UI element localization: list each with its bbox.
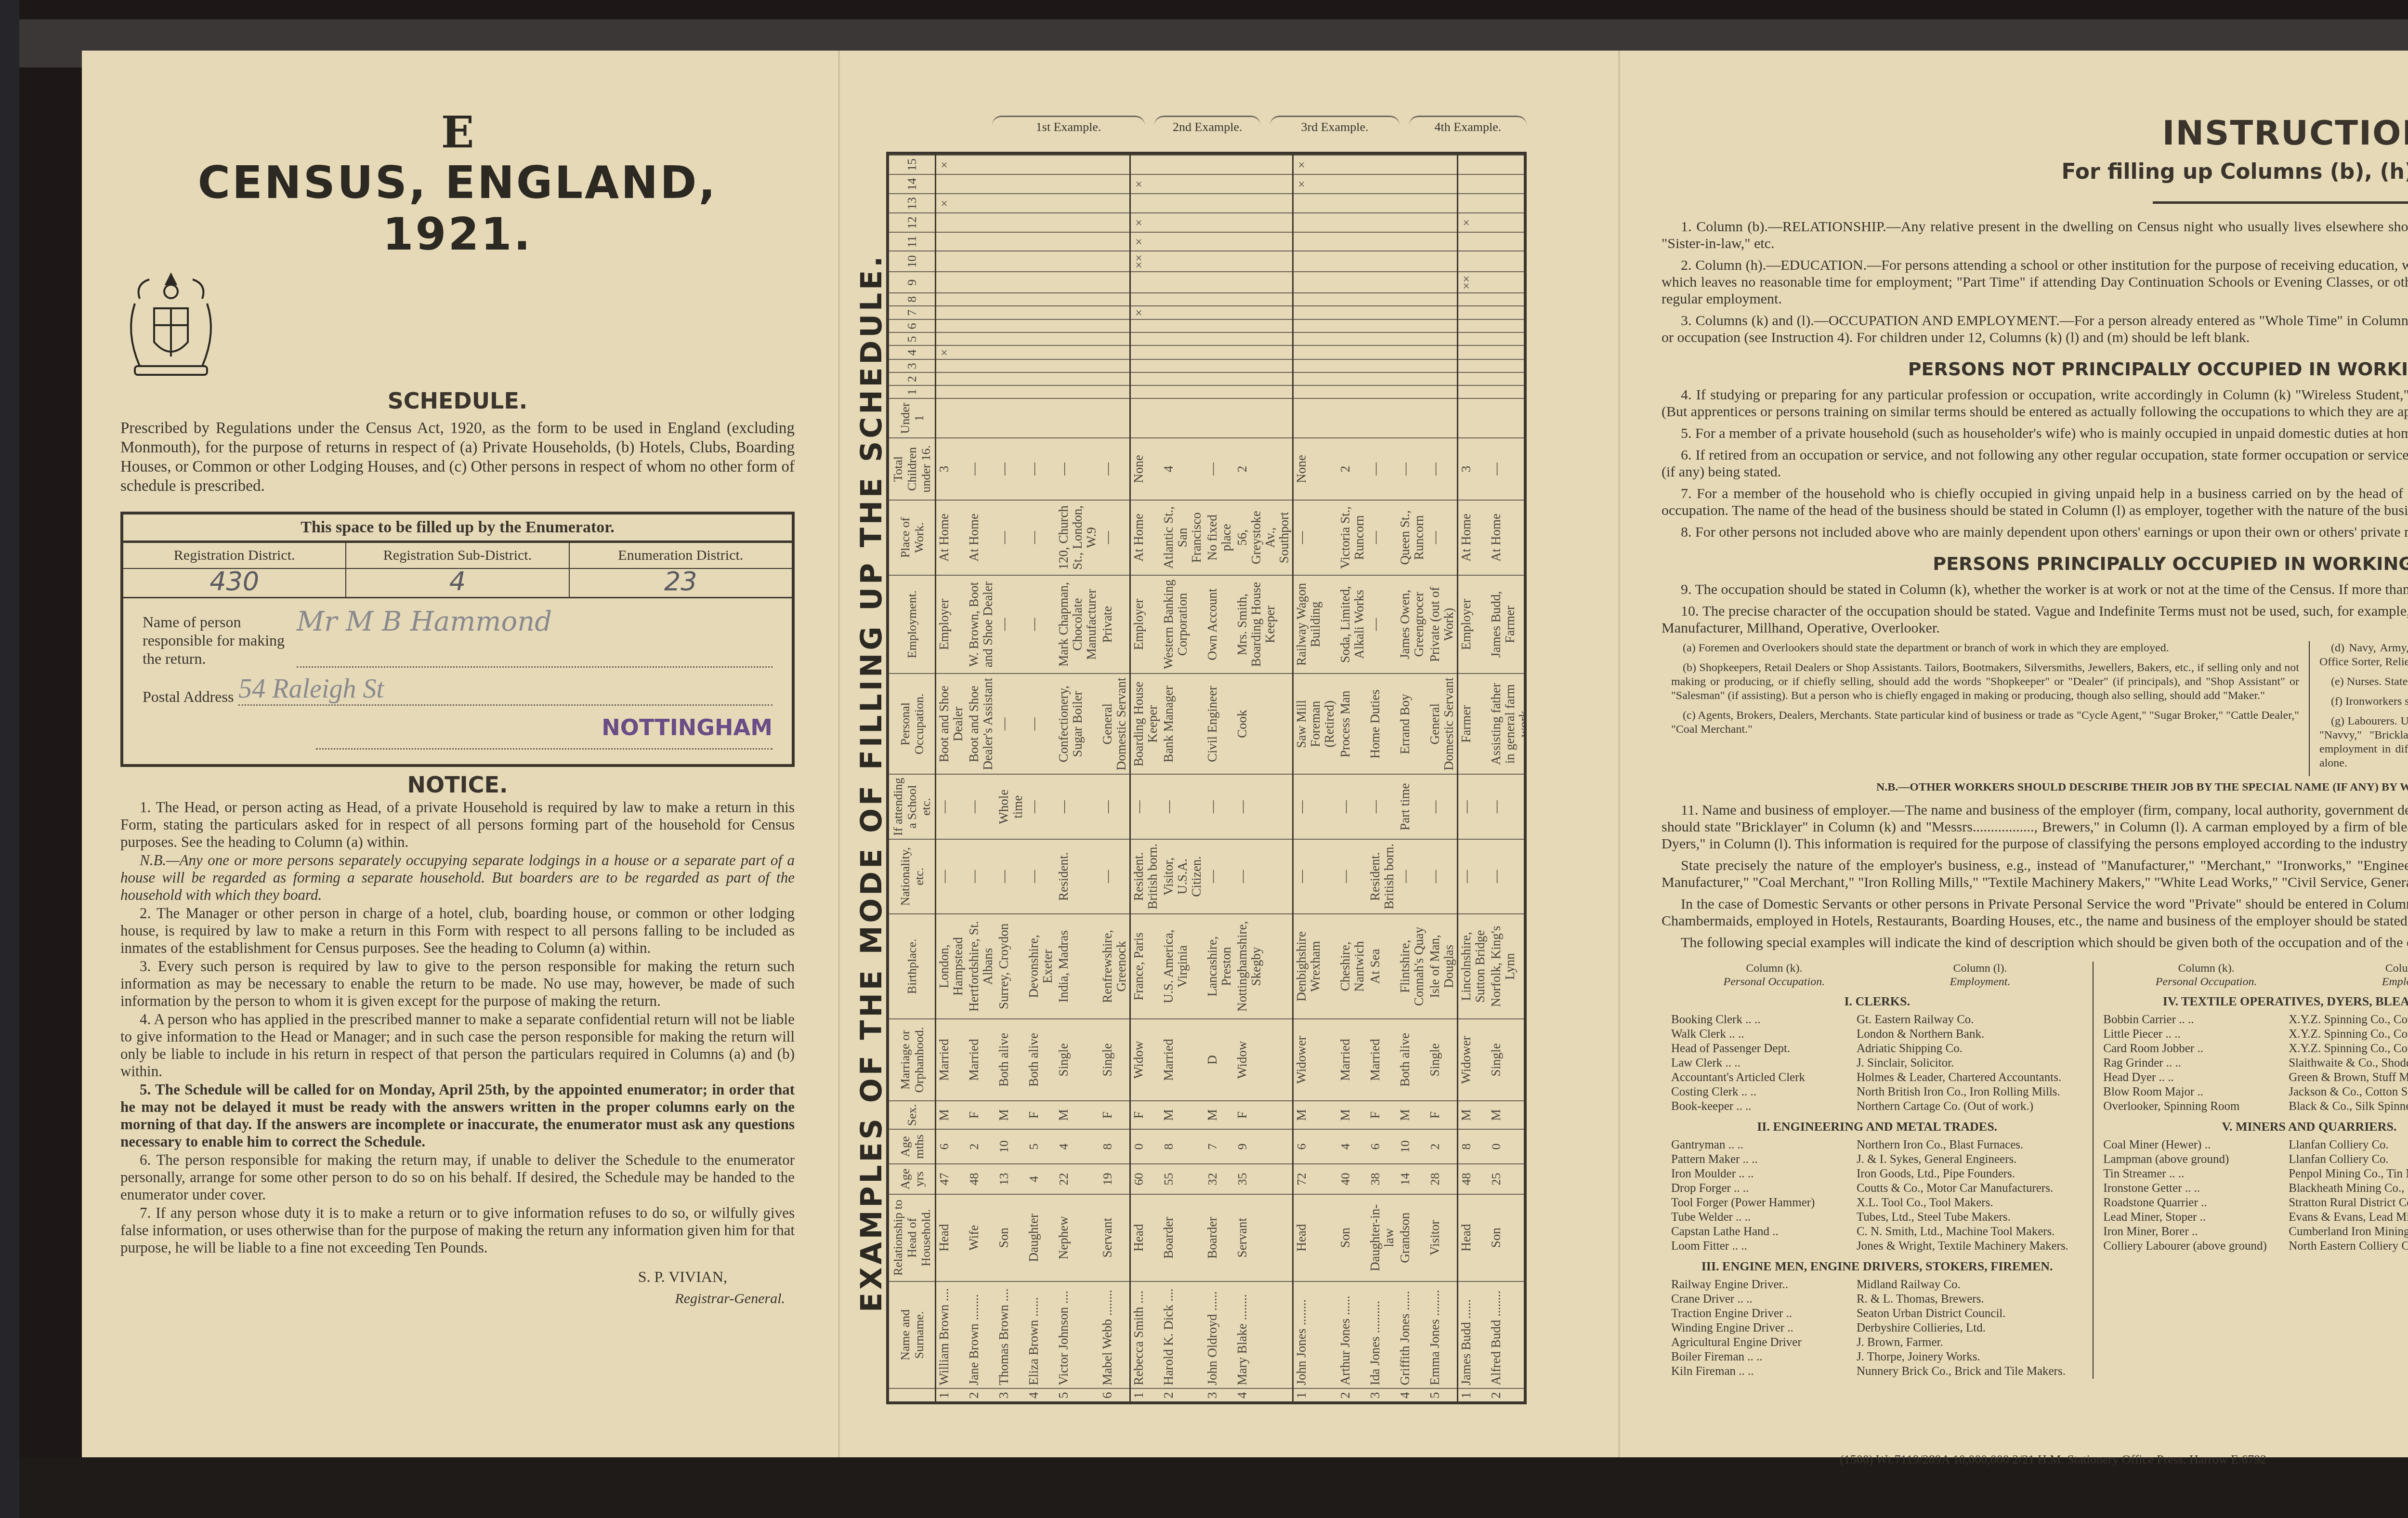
instruction-item: 2. Column (h).—EDUCATION.—For persons at… (1662, 257, 2408, 307)
employer: Gt. Eastern Railway Co. (1857, 1013, 2083, 1027)
notice-item: 2. The Manager or other person in charge… (120, 905, 795, 957)
employer: Iron Goods, Ltd., Pipe Founders. (1857, 1167, 2083, 1181)
occupation: Rag Grinder .. .. (2103, 1056, 2289, 1070)
occupation: Boiler Fireman .. .. (1671, 1350, 1857, 1364)
child-age-mark (1204, 194, 1234, 213)
child-age-mark (996, 174, 1026, 194)
enumeration-district-field[interactable]: Enumeration District. 23 (570, 543, 792, 597)
child-age-mark (1204, 346, 1234, 360)
intro-instructions: 1. Column (b).—RELATIONSHIP.—Any relativ… (1662, 218, 2408, 346)
column-header: Relationship to Head of Household. (889, 1194, 936, 1281)
occupation: Crane Driver .. .. (1671, 1292, 1857, 1307)
signature-title: Registrar-General. (120, 1291, 785, 1307)
column-header-child-age: 12 (889, 213, 936, 232)
table-cell: Devonshire, Exeter (1026, 914, 1056, 1019)
example-row: Lead Miner, Stoper ..Evans & Evans, Lead… (2103, 1210, 2408, 1225)
column-header-child-age: 1 (889, 385, 936, 398)
child-age-mark (1161, 213, 1204, 232)
table-cell: At Home (966, 500, 996, 575)
scan-edge (0, 0, 19, 1518)
table-cell: Boarder (1204, 1194, 1234, 1281)
table-cell: — (1488, 438, 1527, 500)
table-cell: 0 (1130, 1129, 1161, 1164)
table-row: 1William Brown ....Head476MMarriedLondon… (936, 155, 967, 1401)
column-header-child-age: 11 (889, 232, 936, 251)
example-row: Roadstone Quarrier ..Stratton Rural Dist… (2103, 1196, 2408, 1210)
table-cell: 2 (966, 1389, 996, 1402)
table-cell: Railway Wagon Building (1293, 575, 1338, 673)
table-cell: Single (1099, 1019, 1130, 1100)
employer: Seaton Urban District Council. (1857, 1307, 2083, 1321)
child-age-mark (1337, 213, 1367, 232)
child-age-mark (1427, 346, 1458, 360)
occupation: Law Clerk .. .. (1671, 1056, 1857, 1070)
child-age-mark (1026, 320, 1056, 333)
occupation: Traction Engine Driver .. (1671, 1307, 1857, 1321)
table-cell: General Domestic Servant (1099, 673, 1130, 774)
table-cell: F (1367, 1101, 1397, 1130)
child-age-mark (1293, 372, 1338, 385)
table-cell: — (1204, 774, 1234, 839)
table-cell: None (1130, 438, 1161, 500)
child-age-mark (1099, 174, 1130, 194)
notice-list: 1. The Head, or person acting as Head, o… (120, 799, 795, 1256)
example-label: 2nd Example. (1154, 116, 1260, 134)
child-age-mark (1026, 155, 1056, 174)
column-header: Personal Occupation. (889, 673, 936, 774)
employer: Stratton Rural District Council. (2289, 1196, 2408, 1210)
child-age-mark (1488, 232, 1527, 251)
child-age-mark (1397, 293, 1427, 306)
subnotes-left: (a) Foremen and Overlookers should state… (1662, 641, 2309, 776)
child-age-mark (1427, 194, 1458, 213)
notice-item: 6. The person responsible for making the… (120, 1151, 795, 1203)
notice-item: 5. The Schedule will be called for on Mo… (120, 1081, 795, 1150)
table-cell: Single (1056, 1019, 1099, 1100)
child-age-mark (936, 398, 967, 438)
table-cell: 1 (1293, 1389, 1338, 1402)
table-cell: 9 (1234, 1129, 1293, 1164)
example-row: Costing Clerk .. ..North British Iron Co… (1671, 1085, 2083, 1099)
column-header: Age mths (889, 1129, 936, 1164)
child-age-mark (1099, 251, 1130, 272)
table-row: 3John Oldroyd ......Boarder327MDLancashi… (1204, 155, 1234, 1401)
child-age-mark (1099, 194, 1130, 213)
occupation: Accountant's Articled Clerk (1671, 1070, 1857, 1085)
example-label: 3rd Example. (1270, 116, 1400, 134)
registration-sub-district-field[interactable]: Registration Sub-District. 4 (346, 543, 569, 597)
notice-item: 1. The Head, or person acting as Head, o… (120, 799, 795, 851)
table-cell: 6 (936, 1129, 967, 1164)
subnote: (c) Agents, Brokers, Dealers, Merchants.… (1671, 709, 2299, 737)
child-age-mark (996, 306, 1026, 320)
child-age-mark (1161, 194, 1204, 213)
child-age-mark (936, 359, 967, 372)
child-age-mark: × (1458, 213, 1489, 232)
employer: J. & I. Sykes, General Engineers. (1857, 1152, 2083, 1167)
table-cell: Soda, Limited, Alkali Works (1337, 575, 1367, 673)
child-age-mark (1056, 251, 1099, 272)
table-cell: F (1234, 1101, 1293, 1130)
category-heading: V. MINERS AND QUARRIERS. (2103, 1120, 2408, 1134)
child-age-mark (1161, 359, 1204, 372)
child-age-mark (1367, 333, 1397, 346)
table-cell: — (1204, 438, 1234, 500)
column-header-child-age: 15 (889, 155, 936, 174)
example-row: Booking Clerk .. ..Gt. Eastern Railway C… (1671, 1013, 2083, 1027)
child-age-mark (1026, 272, 1056, 293)
table-cell: Western Banking Corporation (1161, 575, 1204, 673)
special-examples: Column (k).Personal Occupation.Column (l… (1662, 962, 2408, 1379)
table-cell: — (996, 839, 1026, 914)
table-cell: M (1397, 1101, 1427, 1130)
table-cell: 3 (1367, 1389, 1397, 1402)
table-cell: — (1130, 774, 1161, 839)
child-age-mark (1099, 385, 1130, 398)
child-age-mark (1099, 320, 1130, 333)
instructions-subtitle: For filling up Columns (b), (h), (k) and… (1662, 159, 2408, 184)
example-row: Tool Forger (Power Hammer)X.L. Tool Co.,… (1671, 1196, 2083, 1210)
employer: Llanfan Colliery Co. (2289, 1138, 2408, 1152)
child-age-mark (966, 251, 996, 272)
table-cell: Single (1488, 1019, 1527, 1100)
table-cell: — (1099, 438, 1130, 500)
column-header: Place of Work. (889, 500, 936, 575)
table-cell: — (1293, 839, 1338, 914)
child-age-mark (966, 232, 996, 251)
table-cell: M (1337, 1101, 1367, 1130)
occupation: Tube Welder .. .. (1671, 1210, 1857, 1225)
occupation: Little Piecer .. .. (2103, 1027, 2289, 1042)
child-age-mark (1397, 346, 1427, 360)
table-row: 6Mabel Webb ........Servant198FSingleRen… (1099, 155, 1130, 1401)
table-cell: — (1056, 438, 1099, 500)
child-age-mark (1234, 346, 1293, 360)
example-row: Winding Engine Driver ..Derbyshire Colli… (1671, 1321, 2083, 1335)
child-age-mark (1130, 194, 1161, 213)
child-age-mark (1427, 174, 1458, 194)
column-header-child-age: 7 (889, 306, 936, 320)
table-cell: Visitor (1427, 1194, 1458, 1281)
table-cell: 72 (1293, 1164, 1338, 1194)
table-cell: F (966, 1101, 996, 1130)
child-age-mark (996, 194, 1026, 213)
subnote: (e) Nurses. State whether "Nurse (Domest… (2319, 675, 2408, 689)
table-cell: 8 (1099, 1129, 1130, 1164)
child-age-mark (1427, 251, 1458, 272)
child-age-mark (1458, 232, 1489, 251)
child-age-mark (1427, 372, 1458, 385)
occupation: Pattern Maker .. .. (1671, 1152, 1857, 1167)
child-age-mark (1026, 306, 1056, 320)
subnote: (b) Shopkeepers, Retail Dealers or Shop … (1671, 661, 2299, 703)
child-age-mark (1234, 385, 1293, 398)
child-age-mark: × (936, 194, 967, 213)
child-age-mark (1099, 232, 1130, 251)
child-age-mark (1488, 359, 1527, 372)
table-cell: 14 (1397, 1164, 1427, 1194)
table-cell: Resident. British born. (1130, 839, 1161, 914)
child-age-mark (1234, 232, 1293, 251)
child-age-mark (1204, 398, 1234, 438)
table-cell: India, Madras (1056, 914, 1099, 1019)
table-cell: Single (1427, 1019, 1458, 1100)
table-cell: — (1026, 839, 1056, 914)
responsible-person-field[interactable]: Name of person responsible for making th… (123, 598, 792, 668)
child-age-mark (1234, 272, 1293, 293)
child-age-mark (1056, 398, 1099, 438)
table-cell: Employer (1130, 575, 1161, 673)
table-cell: Queen St., Runcorn (1397, 500, 1427, 575)
child-age-mark (1367, 232, 1397, 251)
employer: Jones & Wright, Textile Machinery Makers… (1857, 1239, 2083, 1254)
child-age-mark (996, 346, 1026, 360)
table-cell: Mary Blake ........ (1234, 1281, 1293, 1389)
section-heading-occupied: PERSONS PRINCIPALLY OCCUPIED IN WORKING … (1662, 553, 2408, 574)
child-age-mark (1293, 251, 1338, 272)
child-age-mark (1367, 272, 1397, 293)
column-header-row-number (889, 1389, 936, 1402)
child-age-mark (1337, 346, 1367, 360)
child-age-mark (1488, 251, 1527, 272)
child-age-mark (1026, 359, 1056, 372)
child-age-mark (1161, 333, 1204, 346)
table-cell: John Oldroyd ...... (1204, 1281, 1234, 1389)
child-age-mark (1161, 293, 1204, 306)
table-cell: 4 (1234, 1389, 1293, 1402)
child-age-mark (1130, 372, 1161, 385)
table-cell: 32 (1204, 1164, 1234, 1194)
employer: Black & Co., Silk Spinners. (2289, 1099, 2408, 1114)
employer: Nunnery Brick Co., Brick and Tile Makers… (1857, 1364, 2083, 1379)
address-dotted-line (316, 743, 772, 750)
child-age-mark (1161, 272, 1204, 293)
child-age-mark (1488, 293, 1527, 306)
column-header-child-age: 10 (889, 251, 936, 272)
child-age-mark: × (1130, 213, 1161, 232)
child-age-mark (1204, 333, 1234, 346)
signature-name: S. P. VIVIAN, (120, 1268, 727, 1286)
child-age-mark (1056, 174, 1099, 194)
table-cell: 8 (1458, 1129, 1489, 1164)
column-header-child-age: 14 (889, 174, 936, 194)
print-footer: (1500) Wt.7119/289A 10,000,000 2/21 H.M.… (1840, 1452, 2266, 1467)
child-age-mark (1161, 174, 1204, 194)
child-age-mark (1488, 385, 1527, 398)
table-cell: — (996, 673, 1026, 774)
child-age-mark (1161, 306, 1204, 320)
child-age-mark (1427, 155, 1458, 174)
table-cell: Widower (1293, 1019, 1338, 1100)
occupation: Tin Streamer .. .. (2103, 1167, 2289, 1181)
occupation: Lampman (above ground) (2103, 1152, 2289, 1167)
employer: Coutts & Co., Motor Car Manufacturers. (1857, 1181, 2083, 1196)
table-cell: — (1367, 500, 1397, 575)
enumerator-box: This space to be filled up by the Enumer… (120, 512, 795, 767)
table-cell: — (1293, 500, 1338, 575)
child-age-mark (1367, 293, 1397, 306)
child-age-mark (966, 174, 996, 194)
child-age-mark (1026, 293, 1056, 306)
occupation: Walk Clerk .. .. (1671, 1027, 1857, 1042)
table-cell: F (1427, 1101, 1458, 1130)
child-age-mark (1488, 372, 1527, 385)
occupation: Coal Miner (Hewer) .. (2103, 1138, 2289, 1152)
table-cell: 19 (1099, 1164, 1130, 1194)
column-l-header: Column (l).Employment. (1877, 962, 2083, 989)
column-header-child-age: 5 (889, 333, 936, 346)
child-age-mark (1488, 272, 1527, 293)
page-title: CENSUS, ENGLAND, 1921. (120, 157, 795, 260)
child-age-mark (1204, 293, 1234, 306)
employer: X.L. Tool Co., Tool Makers. (1857, 1196, 2083, 1210)
occupation-subnotes: (a) Foremen and Overlookers should state… (1662, 641, 2408, 776)
table-cell: Boarder (1161, 1194, 1204, 1281)
child-age-mark (1367, 194, 1397, 213)
table-cell: Married (966, 1019, 996, 1100)
table-cell: — (1367, 438, 1397, 500)
example-row: Capstan Lathe Hand ..C. N. Smith, Ltd., … (1671, 1225, 2083, 1239)
instruction-item: 4. If studying or preparing for any part… (1662, 386, 2408, 420)
column-header: If attending a School etc. (889, 774, 936, 839)
child-age-mark (1161, 251, 1204, 272)
examples-title: EXAMPLES OF THE MODE OF FILLING UP THE S… (852, 111, 891, 1455)
table-cell: Civil Engineer (1204, 673, 1234, 774)
child-age-mark (966, 359, 996, 372)
table-cell: Griffith Jones ...... (1397, 1281, 1427, 1389)
table-cell: At Home (936, 500, 967, 575)
child-age-mark (1337, 306, 1367, 320)
table-cell: Victoria St., Runcorn (1337, 500, 1367, 575)
employer: Slaithwaite & Co., Shoddy Manufacturers. (2289, 1056, 2408, 1070)
child-age-mark (1234, 174, 1293, 194)
examples-table-rotated: Name and Surname.Relationship to Head of… (889, 155, 1524, 1401)
table-cell: Jane Brown ........ (966, 1281, 996, 1389)
child-age-mark (1367, 251, 1397, 272)
table-cell: 0 (1488, 1129, 1527, 1164)
instructions-title: INSTRUCTIONS (1662, 113, 2408, 153)
table-cell: London, Hampstead (936, 914, 967, 1019)
child-age-mark (1337, 251, 1367, 272)
child-age-mark (1427, 306, 1458, 320)
child-age-mark (1427, 213, 1458, 232)
child-age-mark (936, 213, 967, 232)
table-cell: None (1293, 438, 1338, 500)
table-cell: 4 (1056, 1129, 1099, 1164)
table-cell: — (996, 575, 1026, 673)
table-cell: Harold K. Dick .... (1161, 1281, 1204, 1389)
table-cell: — (1234, 839, 1293, 914)
child-age-mark: × (936, 155, 967, 174)
table-cell: M (1204, 1101, 1234, 1130)
instruction-item: 10. The precise character of the occupat… (1662, 603, 2408, 636)
table-cell: Victor Johnson .... (1056, 1281, 1099, 1389)
column-header-child-age: 8 (889, 293, 936, 306)
postal-address-field[interactable]: Postal Address 54 Raleigh St (123, 668, 792, 706)
child-age-mark (1161, 346, 1204, 360)
column-header: Birthplace. (889, 914, 936, 1019)
table-cell: — (1397, 839, 1427, 914)
child-age-mark (1488, 333, 1527, 346)
employer: C. N. Smith, Ltd., Machine Tool Makers. (1857, 1225, 2083, 1239)
child-age-mark (1337, 359, 1367, 372)
child-age-mark (1204, 306, 1234, 320)
table-row: 3Thomas Brown ....Son1310MBoth aliveSurr… (996, 155, 1026, 1401)
example-row: Law Clerk .. ..J. Sinclair, Solicitor. (1671, 1056, 2083, 1070)
child-age-mark: × (1130, 232, 1161, 251)
child-age-mark (1458, 333, 1489, 346)
column-header: Total Children under 16. (889, 438, 936, 500)
employer: Blackheath Mining Co., Coal & Iron Mines… (2289, 1181, 2408, 1196)
table-cell: Head (936, 1194, 967, 1281)
employer: J. Sinclair, Solicitor. (1857, 1056, 2083, 1070)
child-age-mark (1337, 194, 1367, 213)
table-cell: 4 (1397, 1389, 1427, 1402)
child-age-mark (996, 333, 1026, 346)
example-label: 4th Example. (1409, 116, 1527, 134)
registration-district-field[interactable]: Registration District. 430 (123, 543, 346, 597)
table-cell: — (966, 839, 996, 914)
examples-page: EXAMPLES OF THE MODE OF FILLING UP THE S… (857, 111, 1531, 1455)
child-age-mark (1367, 174, 1397, 194)
child-age-mark (1204, 320, 1234, 333)
table-cell: Mabel Webb ........ (1099, 1281, 1130, 1389)
table-cell: Son (996, 1194, 1026, 1281)
child-age-mark (1099, 272, 1130, 293)
table-cell: Wife (966, 1194, 996, 1281)
instruction-item: 9. The occupation should be stated in Co… (1662, 581, 2408, 598)
column-header: Sex. (889, 1101, 936, 1130)
category-heading: III. ENGINE MEN, ENGINE DRIVERS, STOKERS… (1671, 1259, 2083, 1274)
table-cell: M (1293, 1101, 1338, 1130)
child-age-mark (1293, 346, 1338, 360)
table-cell: — (1204, 839, 1234, 914)
table-cell: Servant (1234, 1194, 1293, 1281)
child-age-mark (996, 272, 1026, 293)
table-cell: Boot and Shoe Dealer's Assistant (966, 673, 996, 774)
example-row: Walk Clerk .. ..London & Northern Bank. (1671, 1027, 2083, 1042)
child-age-mark (1130, 359, 1161, 372)
example-row: Loom Fitter .. ..Jones & Wright, Textile… (1671, 1239, 2083, 1254)
occupation: Capstan Lathe Hand .. (1671, 1225, 1857, 1239)
table-cell: No fixed place (1204, 500, 1234, 575)
nottingham-stamp: NOTTINGHAM (123, 706, 792, 740)
table-cell: — (966, 438, 996, 500)
table-cell: Part time (1397, 774, 1427, 839)
occupation: Head of Passenger Dept. (1671, 1042, 1857, 1056)
table-cell: 55 (1161, 1164, 1204, 1194)
column-header: Age yrs (889, 1164, 936, 1194)
child-age-mark (1397, 359, 1427, 372)
child-age-mark (1367, 359, 1397, 372)
table-cell: — (1458, 774, 1489, 839)
child-age-mark (1056, 346, 1099, 360)
table-cell: Eliza Brown ...... (1026, 1281, 1056, 1389)
table-cell: 22 (1056, 1164, 1099, 1194)
table-cell: Employer (1458, 575, 1489, 673)
child-age-mark (1099, 293, 1130, 306)
child-age-mark (1367, 155, 1397, 174)
example-row: Coal Miner (Hewer) ..Llanfan Colliery Co… (2103, 1138, 2408, 1152)
child-age-mark (1397, 194, 1427, 213)
table-cell: — (1099, 500, 1130, 575)
table-cell: — (1099, 839, 1130, 914)
child-age-mark (1234, 251, 1293, 272)
table-cell: 25 (1488, 1164, 1527, 1194)
child-age-mark (1458, 174, 1489, 194)
table-cell: General Domestic Servant (1427, 673, 1458, 774)
table-cell: 1 (1458, 1389, 1489, 1402)
